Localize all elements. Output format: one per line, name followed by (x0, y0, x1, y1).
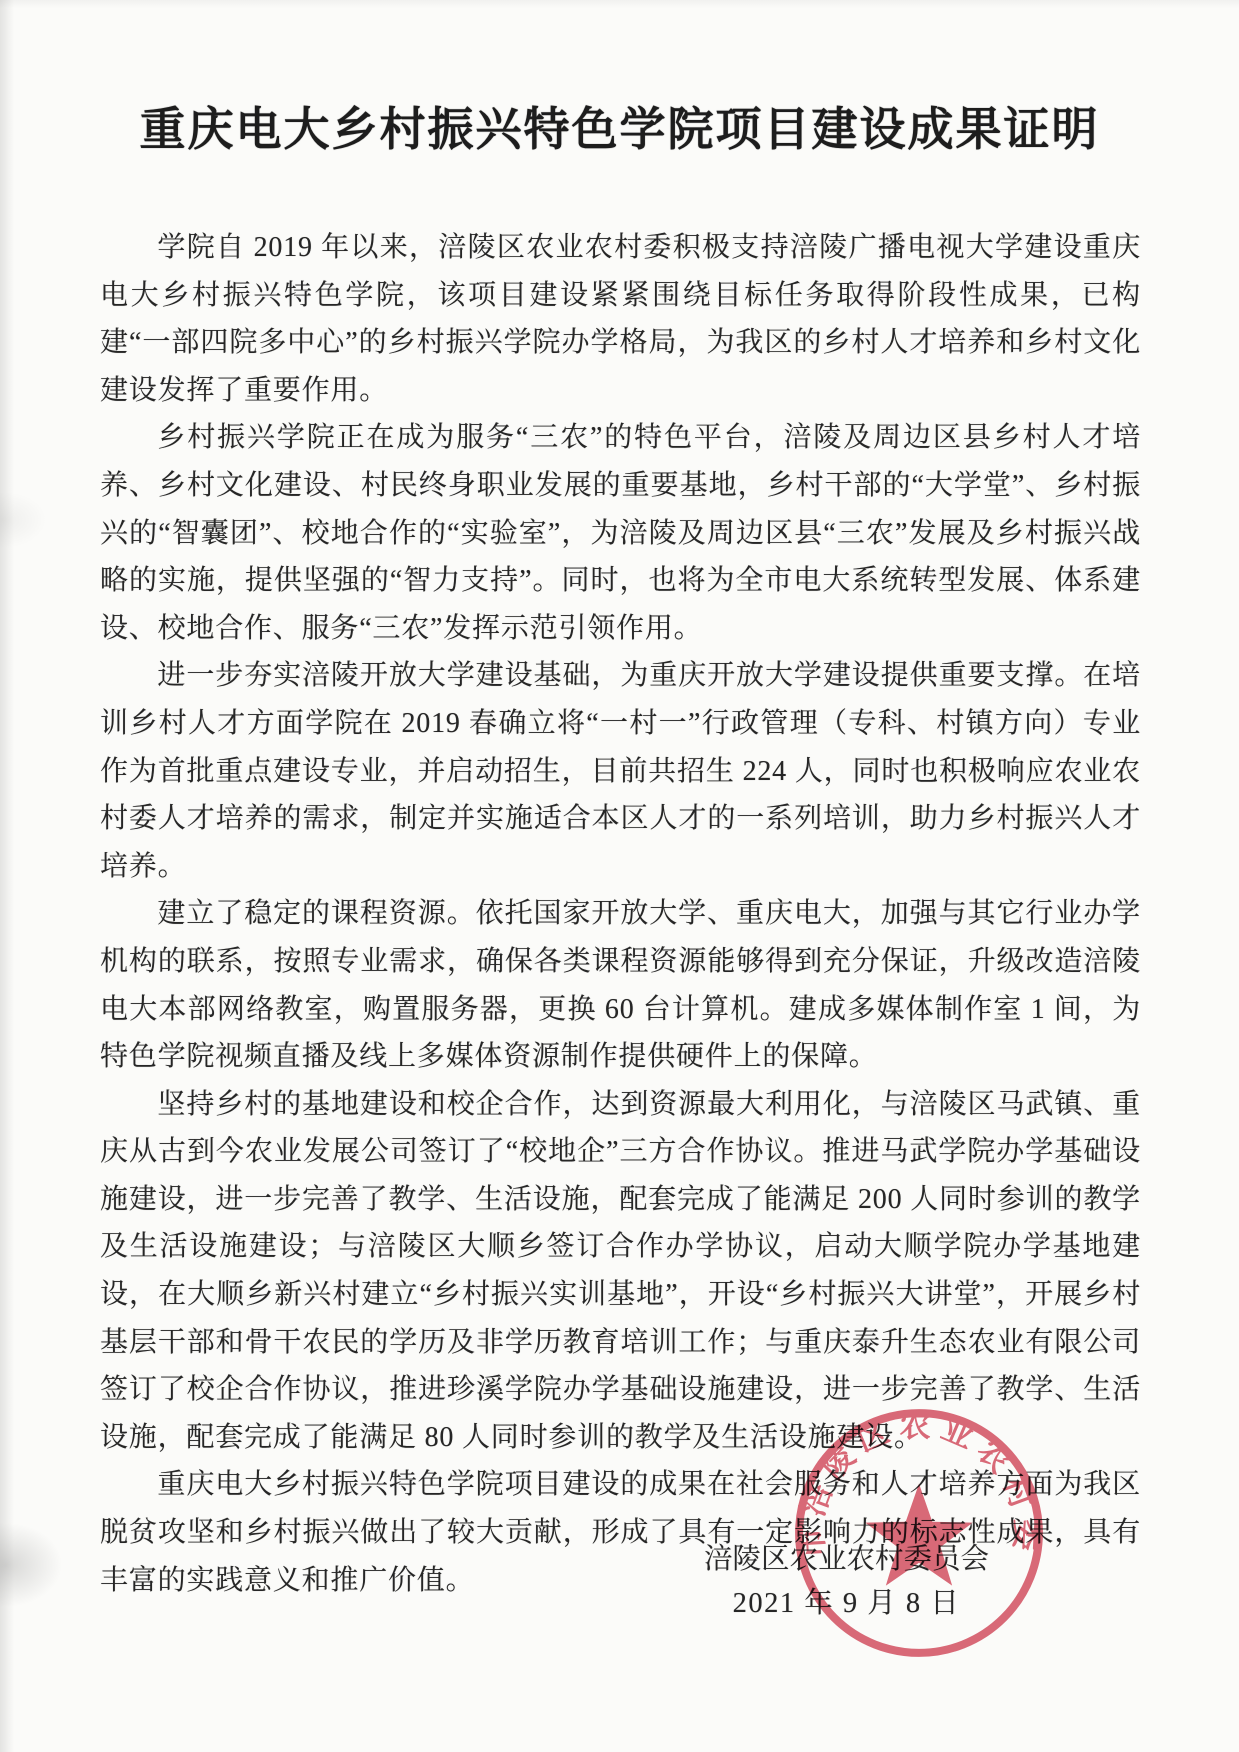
paragraph-2: 乡村振兴学院正在成为服务“三农”的特色平台，涪陵及周边区县乡村人才培养、乡村文化… (100, 414, 1141, 652)
paragraph-4: 建立了稳定的课程资源。依托国家开放大学、重庆电大，加强与其它行业办学机构的联系，… (100, 890, 1141, 1080)
paragraph-5: 坚持乡村的基地建设和校企合作，达到资源最大利用化，与涪陵区马武镇、重庆从古到今农… (100, 1081, 1141, 1462)
paragraph-3: 进一步夯实涪陵开放大学建设基础，为重庆开放大学建设提供重要支撑。在培训乡村人才方… (100, 652, 1141, 890)
issue-date: 2021 年 9 月 8 日 (704, 1582, 989, 1626)
document-body: 学院自 2019 年以来，涪陵区农业农村委积极支持涪陵广播电视大学建设重庆电大乡… (100, 224, 1141, 1604)
signature-block: 涪陵区农业农村委员会 2021 年 9 月 8 日 (704, 1538, 989, 1626)
document-title: 重庆电大乡村振兴特色学院项目建设成果证明 (0, 0, 1239, 162)
paragraph-1: 学院自 2019 年以来，涪陵区农业农村委积极支持涪陵广播电视大学建设重庆电大乡… (100, 224, 1141, 414)
issuer-name: 涪陵区农业农村委员会 (704, 1538, 989, 1582)
scanned-page: 重庆电大乡村振兴特色学院项目建设成果证明 学院自 2019 年以来，涪陵区农业农… (0, 0, 1239, 1752)
